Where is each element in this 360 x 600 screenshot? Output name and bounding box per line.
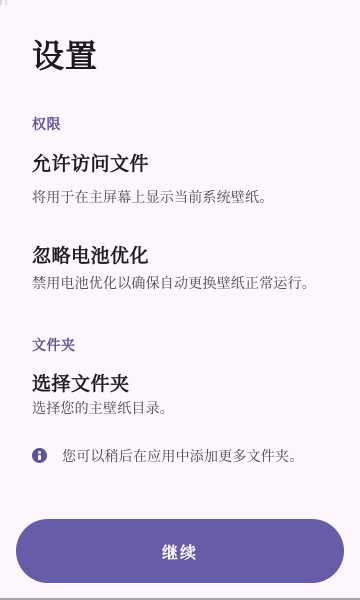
setting-item-allow-file-access[interactable]: 允许访问文件 将用于在主屏幕上显示当前系统壁纸。 bbox=[32, 152, 340, 210]
continue-button[interactable]: 继续 bbox=[16, 519, 344, 583]
setting-item-description: 选择您的主壁纸目录。 bbox=[32, 398, 174, 418]
section-header-permissions: 权限 bbox=[32, 114, 61, 134]
info-note-text: 您可以稍后在应用中添加更多文件夹。 bbox=[62, 446, 303, 466]
setting-item-ignore-battery-optimization[interactable]: 忽略电池优化 禁用电池优化以确保自动更换壁纸正常运行。 bbox=[32, 244, 340, 296]
setting-item-description: 禁用电池优化以确保自动更换壁纸正常运行。 bbox=[32, 273, 316, 293]
screen-edge-artifact bbox=[5, 0, 7, 5]
info-note: 您可以稍后在应用中添加更多文件夹。 bbox=[32, 446, 344, 466]
setting-item-title: 允许访问文件 bbox=[32, 152, 149, 178]
info-icon bbox=[32, 448, 47, 463]
info-icon-dot bbox=[38, 451, 41, 454]
setting-item-title: 选择文件夹 bbox=[32, 372, 130, 398]
info-icon-stem bbox=[38, 455, 41, 460]
page-title: 设置 bbox=[32, 34, 98, 78]
setting-item-title: 忽略电池优化 bbox=[32, 244, 149, 270]
section-header-folders: 文件夹 bbox=[32, 335, 76, 355]
settings-screen: 设置 权限 允许访问文件 将用于在主屏幕上显示当前系统壁纸。 忽略电池优化 禁用… bbox=[0, 0, 360, 600]
screen-edge-artifact bbox=[0, 0, 2, 5]
setting-item-description: 将用于在主屏幕上显示当前系统壁纸。 bbox=[32, 187, 273, 207]
setting-item-choose-folder[interactable]: 选择文件夹 选择您的主壁纸目录。 bbox=[32, 372, 340, 422]
